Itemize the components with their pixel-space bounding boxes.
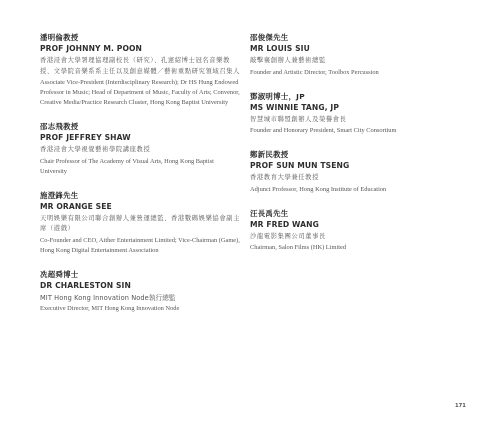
member-entry: 鄧淑明博士，JP MS WINNIE TANG, JP 智慧城市聯盟創辦人及榮譽… [250,92,460,137]
member-entry: 邵志飛教授 PROF JEFFREY SHAW 香港浸會大學視覺藝術學院講座教授… [40,122,240,177]
chinese-name: 鄧淑明博士，JP [250,92,460,102]
chinese-role: 敲擊襄創辦人兼藝術總監 [250,56,460,67]
member-entry: 鄭新民教授 PROF SUN MUN TSENG 香港教育大學兼任教授 Adju… [250,150,460,195]
member-entry: 邵俊傑先生 MR LOUIS SIU 敲擊襄創辦人兼藝術總監 Founder a… [250,33,460,78]
member-entry: 施澄鋒先生 MR ORANGE SEE 天明娛樂有限公司聯合創辦人兼營運總監、香… [40,191,240,256]
member-entry: 汪長禹先生 MR FRED WANG 沙龍電影集團公司董事長 Chairman,… [250,209,460,254]
chinese-name: 冼超舜博士 [40,270,240,280]
english-name: MR LOUIS SIU [250,43,460,54]
english-name: MR ORANGE SEE [40,201,240,212]
chinese-role: 智慧城市聯盟創辦人及榮譽會長 [250,115,460,126]
english-role: Founder and Artistic Director, Toolbox P… [250,68,460,78]
chinese-name: 施澄鋒先生 [40,191,240,201]
chinese-role: 沙龍電影集團公司董事長 [250,232,460,243]
chinese-name: 汪長禹先生 [250,209,460,219]
chinese-role: 天明娛樂有限公司聯合創辦人兼營運總監、香港數碼娛樂協會副主席（遊戲） [40,214,240,235]
english-role: Adjunct Professor, Hong Kong Institute o… [250,185,460,195]
english-role: Founder and Honorary President, Smart Ci… [250,126,460,136]
english-name: MS WINNIE TANG, JP [250,102,460,113]
page-number: 171 [455,403,466,409]
english-role: Associate Vice-President (Interdisciplin… [40,78,240,108]
chinese-role: MIT Hong Kong Innovation Node執行總監 [40,293,240,304]
chinese-name: 鄭新民教授 [250,150,460,160]
chinese-role: 香港浸會大學視覺藝術學院講座教授 [40,145,240,156]
chinese-name: 潘明倫教授 [40,33,240,43]
chinese-role: 香港浸會大學署理協理副校長（研究）、孔憲紹博士冠名音樂教授、文學院音樂系系主任以… [40,56,240,77]
english-role: Chair Professor of The Academy of Visual… [40,157,240,177]
english-name: DR CHARLESTON SIN [40,280,240,291]
left-column: 潘明倫教授 PROF JOHNNY M. POON 香港浸會大學署理協理副校長（… [40,33,240,328]
chinese-name: 邵志飛教授 [40,122,240,132]
english-role: Chairman, Salon Films (HK) Limited [250,243,460,253]
english-role: Executive Director, MIT Hong Kong Innova… [40,304,240,314]
english-name: MR FRED WANG [250,219,460,230]
english-role: Co-Founder and CEO, Aither Entertainment… [40,236,240,256]
member-entry: 潘明倫教授 PROF JOHNNY M. POON 香港浸會大學署理協理副校長（… [40,33,240,108]
english-name: PROF JOHNNY M. POON [40,43,240,54]
english-name: PROF SUN MUN TSENG [250,160,460,171]
right-column: 邵俊傑先生 MR LOUIS SIU 敲擊襄創辦人兼藝術總監 Founder a… [250,33,460,267]
chinese-role: 香港教育大學兼任教授 [250,173,460,184]
chinese-name: 邵俊傑先生 [250,33,460,43]
member-entry: 冼超舜博士 DR CHARLESTON SIN MIT Hong Kong In… [40,270,240,315]
english-name: PROF JEFFREY SHAW [40,132,240,143]
